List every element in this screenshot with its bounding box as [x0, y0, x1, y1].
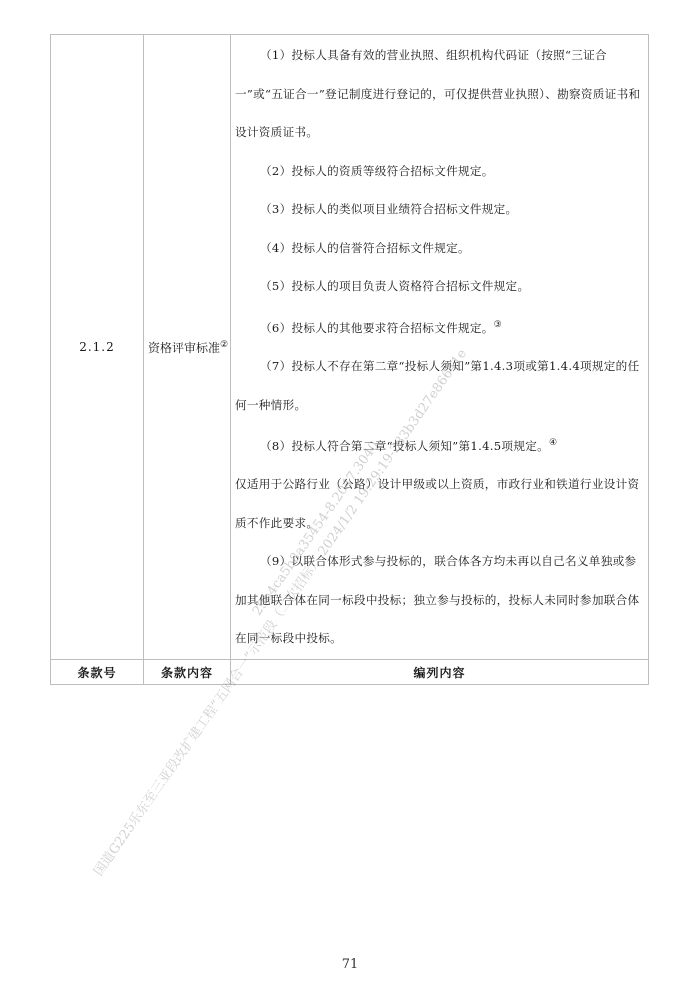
footnote-marker: ④	[549, 438, 557, 448]
clause-title-cell: 资格评审标准②	[144, 35, 231, 660]
header-compiled-content: 编列内容	[231, 660, 649, 685]
paragraph-2: （2）投标人的资质等级符合招标文件规定。	[231, 152, 648, 191]
paragraph-5: （5）投标人的项目负责人资格符合招标文件规定。	[231, 267, 648, 306]
paragraph-6: （6）投标人的其他要求符合招标文件规定。③	[231, 306, 648, 347]
paragraph-1: （1）投标人具备有效的营业执照、组织机构代码证（按照“三证合一”或“五证合一”登…	[231, 36, 648, 152]
table-row: 2.1.2 资格评审标准② （1）投标人具备有效的营业执照、组织机构代码证（按照…	[51, 35, 649, 660]
paragraph-8: （8）投标人符合第二章“投标人须知”第1.4.5项规定。④	[231, 424, 648, 465]
paragraph-9: （9）以联合体形式参与投标的，联合体各方均未再以自己名义单独或参加其他联合体在同…	[231, 542, 648, 658]
header-clause-content: 条款内容	[144, 660, 231, 685]
document-page: 2.1.2 资格评审标准② （1）投标人具备有效的营业执照、组织机构代码证（按照…	[0, 0, 700, 990]
clause-number-cell: 2.1.2	[51, 35, 144, 660]
table-header-row: 条款号 条款内容 编列内容	[51, 660, 649, 685]
specification-table: 2.1.2 资格评审标准② （1）投标人具备有效的营业执照、组织机构代码证（按照…	[50, 34, 649, 685]
footnote-marker: ②	[220, 340, 228, 350]
paragraph-8-note: 仅适用于公路行业（公路）设计甲级或以上资质，市政行业和铁道行业设计资质不作此要求…	[231, 465, 648, 542]
clause-title: 资格评审标准	[148, 341, 220, 355]
footnote-marker: ③	[494, 320, 502, 330]
paragraph-3: （3）投标人的类似项目业绩符合招标文件规定。	[231, 190, 648, 229]
paragraph-7: （7）投标人不存在第二章“投标人须知”第1.4.3项或第1.4.4项规定的任何一…	[231, 347, 648, 424]
paragraph-4: （4）投标人的信誉符合招标文件规定。	[231, 229, 648, 268]
page-number: 71	[0, 957, 700, 972]
clause-content-cell: （1）投标人具备有效的营业执照、组织机构代码证（按照“三证合一”或“五证合一”登…	[231, 35, 649, 660]
clause-number: 2.1.2	[79, 340, 115, 354]
header-clause-number: 条款号	[51, 660, 144, 685]
clause-content: （1）投标人具备有效的营业执照、组织机构代码证（按照“三证合一”或“五证合一”登…	[231, 36, 648, 658]
